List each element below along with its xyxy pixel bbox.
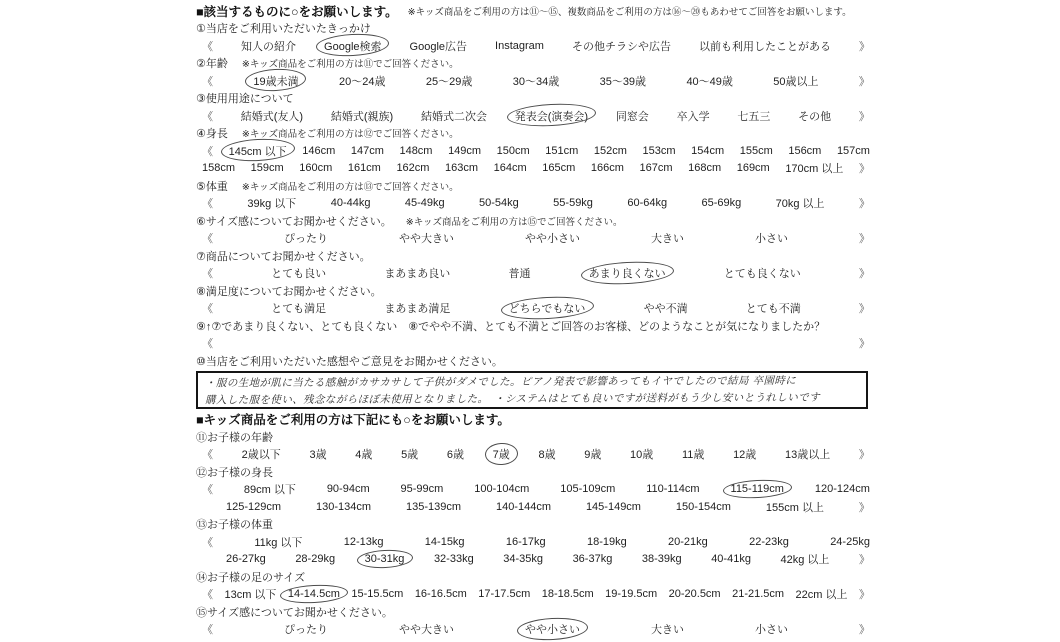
- question-note: ※キッズ商品をご利用の方は⑪でご回答ください。: [242, 56, 459, 70]
- close-bracket: 》: [859, 73, 870, 89]
- close-bracket: 》: [859, 300, 870, 316]
- option: ぴったり: [284, 230, 328, 246]
- question-section: ⑬お子様の体重《11kg 以下12-13kg14-15kg16-17kg18-1…: [196, 516, 872, 569]
- question-note: ※キッズ商品をご利用の方は⑮でご回答ください。: [406, 214, 623, 228]
- options-row: 《ぴったりやや大きいやや小さい大きい小さい》: [196, 230, 872, 248]
- question-heading-line: ⑦商品についてお聞かせください。: [196, 247, 872, 265]
- option: 146cm: [302, 145, 335, 157]
- option: まあまあ良い: [384, 265, 450, 281]
- option: 60-64kg: [627, 197, 667, 209]
- open-bracket: 《: [202, 300, 213, 316]
- option: 20-21kg: [668, 536, 708, 548]
- question-note: ※キッズ商品をご利用の方は⑫でご回答ください。: [242, 126, 459, 140]
- option: 40-41kg: [711, 553, 751, 565]
- question-heading-line: ③使用用途について: [196, 90, 872, 108]
- option: 165cm: [542, 162, 575, 174]
- option: 14-15kg: [425, 536, 465, 548]
- handwritten-comment-line: 購入した服を使い、残念ながらほぼ未使用となりました。 ・システムはとても良いです…: [205, 388, 859, 407]
- question-heading-line: ②年齢※キッズ商品をご利用の方は⑪でご回答ください。: [196, 55, 872, 73]
- option: 160cm: [299, 162, 332, 174]
- options-row: 《とても良いまあまあ良い普通あまり良くないとても良くない》: [196, 265, 872, 283]
- options-row: 158cm159cm160cm161cm162cm163cm164cm165cm…: [196, 160, 872, 178]
- kids-question-sections: ⑪お子様の年齢《2歳以下3歳4歳5歳6歳7歳8歳9歳10歳11歳12歳13歳以上…: [196, 428, 872, 638]
- question-section: ⑮サイズ感についてお聞かせください。《ぴったりやや大きいやや小さい大きい小さい》: [196, 603, 872, 638]
- close-bracket: 》: [859, 230, 870, 246]
- option-circled: どちらでもない: [509, 300, 586, 316]
- option: 145-149cm: [586, 501, 641, 513]
- option: Google広告: [410, 38, 467, 54]
- question-heading-line: ④身長※キッズ商品をご利用の方は⑫でご回答ください。: [196, 125, 872, 143]
- question-section: ④身長※キッズ商品をご利用の方は⑫でご回答ください。《145cm 以下146cm…: [196, 125, 872, 178]
- question-note: ※キッズ商品をご利用の方は⑬でご回答ください。: [242, 179, 459, 193]
- options-row: 《11kg 以下12-13kg14-15kg16-17kg18-19kg20-2…: [196, 533, 872, 551]
- question-heading-line: ⑧満足度についてお聞かせください。: [196, 282, 872, 300]
- option: 150cm: [497, 145, 530, 157]
- option: 七五三: [737, 108, 770, 124]
- option: 65-69kg: [701, 197, 741, 209]
- question-heading: ⑧満足度についてお聞かせください。: [196, 283, 382, 299]
- option: その他チラシや広告: [572, 38, 671, 54]
- option: 38-39kg: [642, 553, 682, 565]
- options-row: 《19歳未満20～24歳25～29歳30～34歳35～39歳40～49歳50歳以…: [196, 72, 872, 90]
- option: 42kg 以上: [781, 551, 830, 567]
- open-bracket: 《: [202, 534, 213, 550]
- option: 21-21.5cm: [732, 588, 784, 600]
- question-heading-line: ⑥サイズ感についてお聞かせください。※キッズ商品をご利用の方は⑮でご回答ください…: [196, 212, 872, 230]
- open-bracket: 《: [202, 195, 213, 211]
- close-bracket: 》: [859, 195, 870, 211]
- option: 18-18.5cm: [542, 588, 594, 600]
- option: 36-37kg: [573, 553, 613, 565]
- close-bracket: 》: [859, 621, 870, 637]
- main-question-sections: ①当店をご利用いただいたきっかけ《知人の紹介Google検索Google広告In…: [196, 20, 872, 409]
- option: 147cm: [351, 145, 384, 157]
- options-row: 《》: [196, 335, 872, 353]
- question-heading-line: ⑩当店をご利用いただいた感想やご意見をお聞かせください。: [196, 352, 872, 370]
- open-bracket: 《: [202, 265, 213, 281]
- question-heading-line: ①当店をご利用いただいたきっかけ: [196, 20, 872, 38]
- option: その他: [798, 108, 831, 124]
- option: 20-20.5cm: [669, 588, 721, 600]
- option: 169cm: [737, 162, 770, 174]
- option: 19-19.5cm: [605, 588, 657, 600]
- option: 151cm: [545, 145, 578, 157]
- options-row: 《89cm 以下90-94cm95-99cm100-104cm105-109cm…: [196, 481, 872, 499]
- question-heading: ⑭お子様の足のサイズ: [196, 569, 305, 585]
- question-heading-line: ⑬お子様の体重: [196, 516, 872, 534]
- option: 105-109cm: [560, 483, 615, 495]
- option: 以前も利用したことがある: [699, 38, 831, 54]
- option: 154cm: [691, 145, 724, 157]
- question-section: ⑩当店をご利用いただいた感想やご意見をお聞かせください。・服の生地が肌に当たる感…: [196, 352, 872, 409]
- option-circled: 14-14.5cm: [288, 588, 340, 600]
- option: 大きい: [651, 230, 684, 246]
- open-bracket: 《: [202, 230, 213, 246]
- question-heading-line: ⑮サイズ感についてお聞かせください。: [196, 603, 872, 621]
- option: 12歳: [733, 446, 756, 462]
- question-heading-line: ⑤体重※キッズ商品をご利用の方は⑬でご回答ください。: [196, 177, 872, 195]
- option: 8歳: [538, 446, 555, 462]
- question-heading: ④身長: [196, 125, 228, 141]
- option: 135-139cm: [406, 501, 461, 513]
- option: 34-35kg: [503, 553, 543, 565]
- option: 13cm 以下: [224, 586, 276, 602]
- option: まあまあ満足: [384, 300, 450, 316]
- question-heading: ①当店をご利用いただいたきっかけ: [196, 20, 371, 36]
- option: 125-129cm: [226, 501, 281, 513]
- option: 167cm: [639, 162, 672, 174]
- option: 13歳以上: [785, 446, 830, 462]
- option: 164cm: [494, 162, 527, 174]
- question-section: ⑨↑⑦であまり良くない、とても良くない ⑧でやや不満、とても不満とご回答のお客様…: [196, 317, 872, 352]
- option: 28-29kg: [295, 553, 335, 565]
- question-heading-line: ⑭お子様の足のサイズ: [196, 568, 872, 586]
- option-circled: あまり良くない: [589, 265, 666, 281]
- option: 161cm: [348, 162, 381, 174]
- option: とても満足: [271, 300, 326, 316]
- question-heading-line: ⑨↑⑦であまり良くない、とても良くない ⑧でやや不満、とても不満とご回答のお客様…: [196, 317, 872, 335]
- question-section: ①当店をご利用いただいたきっかけ《知人の紹介Google検索Google広告In…: [196, 20, 872, 55]
- option: 35～39歳: [600, 73, 646, 89]
- option: 6歳: [447, 446, 464, 462]
- option: 149cm: [448, 145, 481, 157]
- option: 140-144cm: [496, 501, 551, 513]
- option: 18-19kg: [587, 536, 627, 548]
- question-heading: ⑥サイズ感についてお聞かせください。: [196, 213, 392, 229]
- question-heading-line: ⑫お子様の身長: [196, 463, 872, 481]
- open-bracket: 《: [202, 38, 213, 54]
- option: 17-17.5cm: [478, 588, 530, 600]
- option: 89cm 以下: [244, 481, 296, 497]
- question-section: ⑤体重※キッズ商品をご利用の方は⑬でご回答ください。《39kg 以下40-44k…: [196, 177, 872, 212]
- option-circled: 30-31kg: [365, 553, 405, 565]
- option: とても良くない: [724, 265, 801, 281]
- form-header: ■該当するものに○をお願いします。 ※キッズ商品をご利用の方は⑪～⑮、複数商品を…: [196, 2, 872, 20]
- option: 40-44kg: [331, 197, 371, 209]
- close-bracket: 》: [859, 265, 870, 281]
- option: 小さい: [755, 621, 788, 637]
- survey-scan-page: ■該当するものに○をお願いします。 ※キッズ商品をご利用の方は⑪～⑮、複数商品を…: [196, 2, 872, 638]
- question-heading: ③使用用途について: [196, 90, 294, 106]
- question-section: ⑫お子様の身長《89cm 以下90-94cm95-99cm100-104cm10…: [196, 463, 872, 516]
- option: やや大きい: [399, 230, 454, 246]
- question-section: ⑪お子様の年齢《2歳以下3歳4歳5歳6歳7歳8歳9歳10歳11歳12歳13歳以上…: [196, 428, 872, 463]
- question-heading: ⑩当店をご利用いただいた感想やご意見をお聞かせください。: [196, 353, 503, 369]
- kids-section-title: ■キッズ商品をご利用の方は下記にも○をお願いします。: [196, 410, 510, 428]
- close-bracket: 》: [859, 551, 870, 567]
- question-section: ②年齢※キッズ商品をご利用の方は⑪でご回答ください。《19歳未満20～24歳25…: [196, 55, 872, 90]
- question-heading: ⑨↑⑦であまり良くない、とても良くない ⑧でやや不満、とても不満とご回答のお客様…: [196, 318, 825, 334]
- option: 95-99cm: [401, 483, 444, 495]
- option: 大きい: [651, 621, 684, 637]
- option-circled: 115-119cm: [731, 483, 784, 495]
- option: 159cm: [251, 162, 284, 174]
- option: 11kg 以下: [254, 534, 302, 550]
- option: 32-33kg: [434, 553, 474, 565]
- question-section: ⑭お子様の足のサイズ《13cm 以下14-14.5cm15-15.5cm16-1…: [196, 568, 872, 603]
- option: 卒入学: [677, 108, 710, 124]
- close-bracket: 》: [859, 586, 870, 602]
- question-heading: ⑪お子様の年齢: [196, 429, 273, 445]
- open-bracket: 《: [202, 621, 213, 637]
- option: 30～34歳: [513, 73, 559, 89]
- option-circled: 19歳未満: [253, 73, 298, 89]
- option: 同窓会: [616, 108, 649, 124]
- close-bracket: 》: [859, 38, 870, 54]
- option: 166cm: [591, 162, 624, 174]
- close-bracket: 》: [859, 499, 870, 515]
- option: 152cm: [594, 145, 627, 157]
- option: 150-154cm: [676, 501, 731, 513]
- option: 50-54kg: [479, 197, 519, 209]
- question-heading-line: ⑪お子様の年齢: [196, 428, 872, 446]
- option: 148cm: [399, 145, 432, 157]
- option: 50歳以上: [773, 73, 818, 89]
- option: 55-59kg: [553, 197, 593, 209]
- option: 3歳: [309, 446, 326, 462]
- options-row: 《ぴったりやや大きいやや小さい大きい小さい》: [196, 621, 872, 639]
- close-bracket: 》: [859, 108, 870, 124]
- option: 70kg 以上: [776, 195, 825, 211]
- option: 24-25kg: [830, 536, 870, 548]
- option-circled: 発表会(演奏会): [515, 108, 588, 124]
- question-section: ⑥サイズ感についてお聞かせください。※キッズ商品をご利用の方は⑮でご回答ください…: [196, 212, 872, 247]
- options-row: 《結婚式(友人)結婚式(親族)結婚式二次会発表会(演奏会)同窓会卒入学七五三その…: [196, 107, 872, 125]
- option: 170cm 以上: [785, 160, 843, 176]
- open-bracket: 《: [202, 108, 213, 124]
- close-bracket: 》: [859, 446, 870, 462]
- question-heading: ⑬お子様の体重: [196, 516, 273, 532]
- question-section: ⑦商品についてお聞かせください。《とても良いまあまあ良い普通あまり良くないとても…: [196, 247, 872, 282]
- option: 10歳: [630, 446, 653, 462]
- question-heading: ②年齢: [196, 55, 228, 71]
- option: 16-16.5cm: [415, 588, 467, 600]
- option: 知人の紹介: [241, 38, 296, 54]
- question-heading: ⑤体重: [196, 178, 228, 194]
- option: 163cm: [445, 162, 478, 174]
- option: 2歳以下: [242, 446, 281, 462]
- options-row: 《13cm 以下14-14.5cm15-15.5cm16-16.5cm17-17…: [196, 586, 872, 604]
- option: 157cm: [837, 145, 870, 157]
- option: 100-104cm: [474, 483, 529, 495]
- option: 45-49kg: [405, 197, 445, 209]
- option: 9歳: [584, 446, 601, 462]
- handwritten-comment-box: ・服の生地が肌に当たる感触がカサカサして子供がダメでした。ピアノ発表で影響あって…: [196, 371, 868, 409]
- option-circled: Google検索: [324, 38, 381, 54]
- options-row: 《145cm 以下146cm147cm148cm149cm150cm151cm1…: [196, 142, 872, 160]
- form-title-note: ※キッズ商品をご利用の方は⑪～⑮、複数商品をご利用の方は⑯～⑳もあわせてご回答を…: [408, 4, 852, 18]
- option: 15-15.5cm: [351, 588, 403, 600]
- question-heading: ⑮サイズ感についてお聞かせください。: [196, 604, 393, 620]
- option: やや小さい: [525, 230, 580, 246]
- option: 22-23kg: [749, 536, 789, 548]
- option: 26-27kg: [226, 553, 266, 565]
- option: とても良い: [271, 265, 326, 281]
- options-row: 《知人の紹介Google検索Google広告Instagramその他チラシや広告…: [196, 37, 872, 55]
- question-heading: ⑫お子様の身長: [196, 464, 273, 480]
- option: 20～24歳: [339, 73, 385, 89]
- options-row: 《2歳以下3歳4歳5歳6歳7歳8歳9歳10歳11歳12歳13歳以上》: [196, 446, 872, 464]
- options-row: 《39kg 以下40-44kg45-49kg50-54kg55-59kg60-6…: [196, 195, 872, 213]
- close-bracket: 》: [859, 335, 870, 351]
- option: 168cm: [688, 162, 721, 174]
- option: 16-17kg: [506, 536, 546, 548]
- option: 結婚式(親族): [331, 108, 393, 124]
- option: 4歳: [355, 446, 372, 462]
- option: 153cm: [643, 145, 676, 157]
- option: 11歳: [682, 446, 704, 462]
- option: ぴったり: [284, 621, 328, 637]
- option: 普通: [508, 265, 530, 281]
- option: 120-124cm: [815, 483, 870, 495]
- option: 156cm: [788, 145, 821, 157]
- open-bracket: 《: [202, 481, 213, 497]
- question-section: ⑧満足度についてお聞かせください。《とても満足まあまあ満足どちらでもないやや不満…: [196, 282, 872, 317]
- option: 158cm: [202, 162, 235, 174]
- option-circled: 145cm 以下: [229, 143, 287, 159]
- option: 130-134cm: [316, 501, 371, 513]
- option: 155cm: [740, 145, 773, 157]
- option-circled: 7歳: [493, 446, 510, 462]
- option: 90-94cm: [327, 483, 370, 495]
- option: 40～49歳: [686, 73, 732, 89]
- option: 110-114cm: [646, 483, 699, 495]
- options-row: 125-129cm130-134cm135-139cm140-144cm145-…: [196, 498, 872, 516]
- options-row: 《とても満足まあまあ満足どちらでもないやや不満とても不満》: [196, 300, 872, 318]
- open-bracket: 《: [202, 143, 213, 159]
- option: 12-13kg: [344, 536, 384, 548]
- options-row: 26-27kg28-29kg30-31kg32-33kg34-35kg36-37…: [196, 551, 872, 569]
- option: 5歳: [401, 446, 418, 462]
- option: Instagram: [495, 40, 544, 52]
- option: 25～29歳: [426, 73, 472, 89]
- question-heading: ⑦商品についてお聞かせください。: [196, 248, 371, 264]
- option: やや大きい: [399, 621, 454, 637]
- close-bracket: 》: [859, 160, 870, 176]
- open-bracket: 《: [202, 335, 213, 351]
- option: 39kg 以下: [247, 195, 296, 211]
- option: とても不満: [746, 300, 801, 316]
- open-bracket: 《: [202, 446, 213, 462]
- kids-form-header: ■キッズ商品をご利用の方は下記にも○をお願いします。: [196, 411, 872, 429]
- option: 155cm 以上: [766, 499, 824, 515]
- open-bracket: 《: [202, 586, 213, 602]
- option: 結婚式(友人): [241, 108, 303, 124]
- option-circled: やや小さい: [525, 621, 580, 637]
- option: 162cm: [396, 162, 429, 174]
- question-section: ③使用用途について《結婚式(友人)結婚式(親族)結婚式二次会発表会(演奏会)同窓…: [196, 90, 872, 125]
- form-title: ■該当するものに○をお願いします。: [196, 2, 398, 20]
- option: 結婚式二次会: [421, 108, 487, 124]
- option: 22cm 以上: [796, 586, 848, 602]
- option: 小さい: [755, 230, 788, 246]
- open-bracket: 《: [202, 73, 213, 89]
- option: やや不満: [644, 300, 688, 316]
